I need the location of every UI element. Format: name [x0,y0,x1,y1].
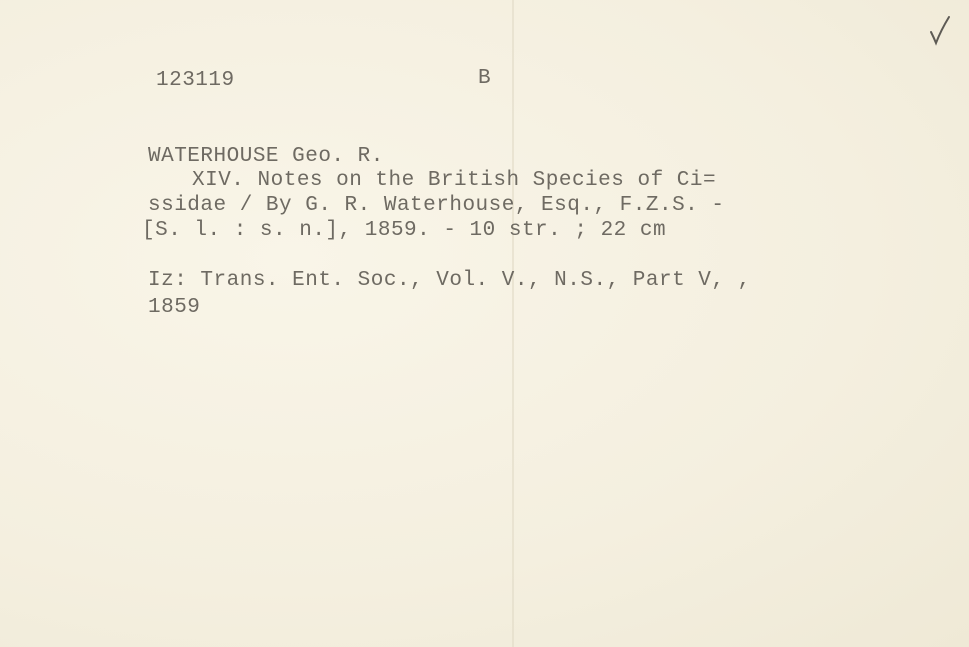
title-line-1: XIV. Notes on the British Species of Ci= [192,170,716,191]
shelf-mark: B [478,68,491,89]
title-line-2: ssidae / By G. R. Waterhouse, Esq., F.Z.… [148,195,725,216]
author-heading: WATERHOUSE Geo. R. [148,146,384,167]
source-line-2: 1859 [148,297,200,318]
source-line-1: Iz: Trans. Ent. Soc., Vol. V., N.S., Par… [148,270,751,291]
catalog-number: 123119 [156,70,235,91]
checkmark-icon [928,14,952,46]
title-line-3: [S. l. : s. n.], 1859. - 10 str. ; 22 cm [142,220,666,241]
catalog-card: 123119 B WATERHOUSE Geo. R. XIV. Notes o… [0,0,969,647]
card-fold-line [512,0,514,647]
